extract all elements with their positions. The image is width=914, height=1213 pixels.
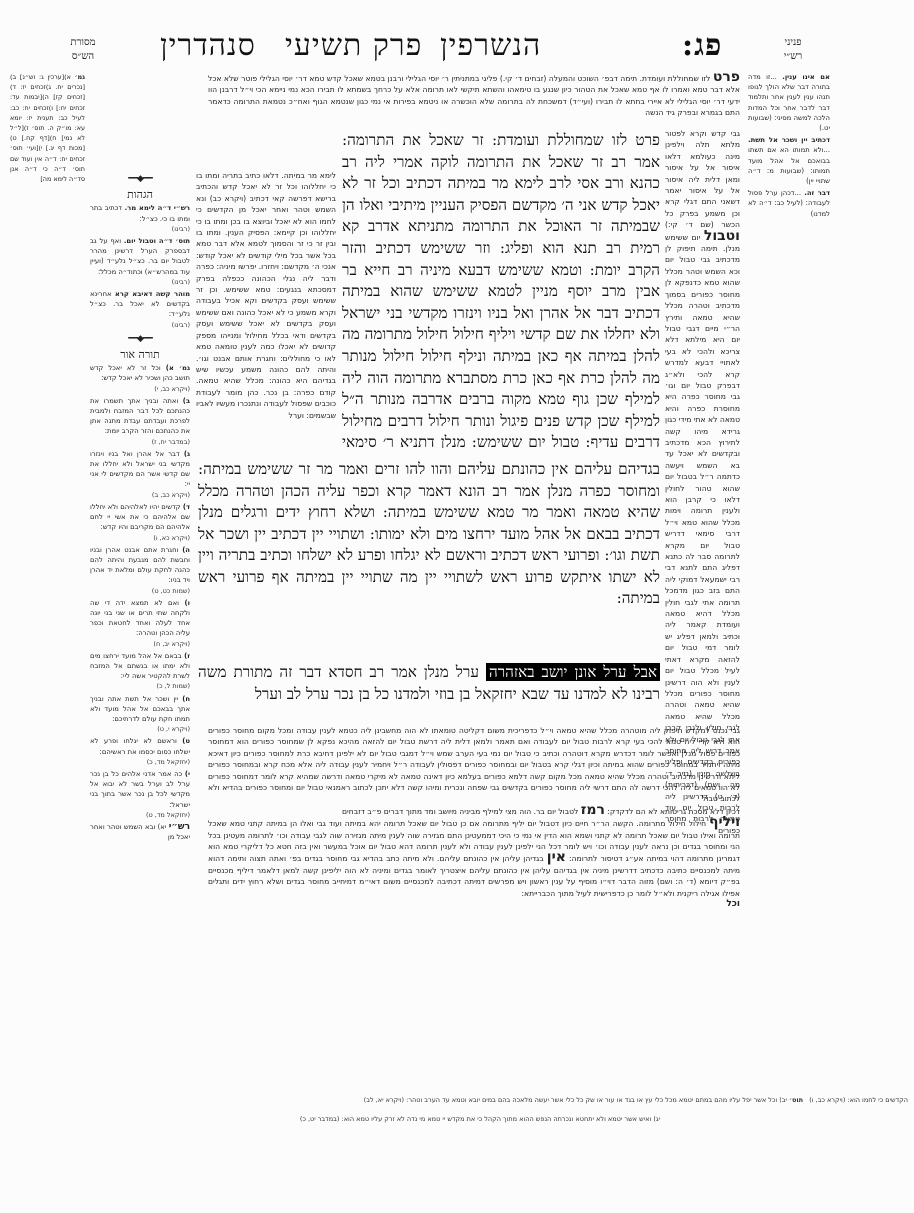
source-ref: (יחזקאל מד, כ) [147, 758, 190, 766]
pnei-rashi-heading: פניני רש״י [768, 36, 818, 64]
pesuk-text: קדשים יהיו לאלהיהם ולא יחללו שם אלהיהם כ… [90, 503, 190, 531]
source-ref: (יחזקאל מד, ט) [146, 811, 190, 819]
footer-pesuk-end: הקדשים כי לחמו הוא: [847, 1096, 908, 1104]
source-ref: (ויקרא י, ט) [157, 725, 190, 733]
pesuk-text: כה אמר אדני אלהים כל בן נכר ערל לב וערל … [90, 770, 190, 809]
pesuk-label: גמ׳ א) [166, 364, 190, 372]
pesuk-text: בבאם אל אהל מועד ירחצו מים ולא ימתו או ב… [90, 652, 190, 680]
pesuk-label: ט) [182, 737, 190, 745]
left-margin-column: ━━◆━━ הגהות רש״י ד״ה לימא מר. דכתיב בתר … [90, 170, 190, 844]
hagahot-item: תוס׳ ד״ה וטבול יום. ואף על גב דבספרק הער… [90, 236, 190, 287]
pesuk-text: יין ושכר אל תשת אתה ובניך אתך בבאכם אל א… [90, 695, 190, 723]
hagahot-heading: הגהות [90, 190, 190, 200]
pnei-rashi-item: דבר זה. ...דכהן ערל פסול לעבודה: (לעיל כ… [748, 188, 830, 219]
gemara-main-text-wide: פרט לזו שמחוללת ועומדת: זר שאכל את התרומ… [198, 455, 660, 655]
tractate-title: סנהדרין [160, 28, 256, 63]
footer-line-2: יג) ואיש אשר יטמא ולא יתחטא ונכרתה הנפש … [100, 1114, 660, 1124]
pnei-rashi-item: דכתיב יין ושכר אל תשת. ...ולא תמותו הא א… [748, 135, 830, 186]
pesuk-label: ה) [182, 546, 190, 554]
gemara-label: גמ׳ [75, 73, 85, 81]
footer-pesuk: יג) ואיש אשר יטמא ולא יתחטא ונכרתה הנפש … [342, 1115, 660, 1123]
torah-or-item: ח) יין ושכר אל תשת אתה ובניך אתך בבאכם א… [90, 694, 190, 735]
masoret-hashas-column: גמ׳ א)[ערכין ג: וש״נ] ב)[נכרים יח. ג)זכח… [10, 72, 85, 186]
rashi-label: רש״י [169, 822, 190, 832]
torah-or-item: ט) וראשם לא יגלחו ופרע לא ישלחו כסום יכס… [90, 736, 190, 767]
source-ref: (רבינו) [172, 321, 190, 329]
torah-or-item: ג) דבר אל אהרן ואל בניו וינזרו מקדשי בני… [90, 449, 190, 500]
pesuk-label: ד) [183, 503, 190, 511]
pesuk-label: ג) [184, 450, 190, 458]
tosafot-text: לטבול יום בר. הוה מצי למילף מביניה מיושב… [342, 807, 578, 816]
torah-or-item: ד) קדשים יהיו לאלהיהם ולא יחללו שם אלהיה… [90, 502, 190, 543]
pesuk-text: דבר אל אהרן ואל בניו וינזרו מקדשי בני יש… [90, 450, 190, 489]
pesuk-label: ו) [185, 599, 190, 607]
masoret-refs: א)[ערכין ג: וש״נ] ב)[נכרים יח. ג)זכחים י… [10, 73, 85, 183]
masoret-label: מסורת [58, 36, 108, 50]
source-ref: (שמות ל, כ) [157, 682, 190, 690]
pnei-label: פניני [768, 36, 818, 50]
gemara-main-text-end: אבל ערל אונן יושב באזהרה ערל מנלן אמר רב… [198, 662, 660, 705]
source-ref: (במדבר יח, ז) [152, 438, 190, 446]
pesuk-label: י) [185, 770, 190, 778]
rashi-text: גבי קדש וקרא לפטור מלתא תלה וילפינן מינה… [665, 129, 740, 229]
source-ref: (שמות כט, ט) [152, 587, 190, 595]
pesuk-label: ז) [184, 652, 190, 660]
chapter-name: הנשרפין [440, 28, 541, 63]
footer-line-1: הקדשים כי לחמו הוא: (ויקרא כב, ו) תוס׳ י… [0, 1095, 914, 1105]
gemara-text: פרט לזו שמחוללת ועומדת: זר שאכל את התרומ… [342, 130, 660, 448]
tosafot-text: לזו שמחוללת ועומדת. תימה דבפ׳ השוכט והמע… [208, 74, 740, 117]
dibur-hamatchil: דבר זה. [804, 189, 830, 197]
highlighted-passage[interactable]: אבל ערל אונן יושב באזהרה [486, 663, 660, 681]
torah-or-item: גמ׳ א) וכל זר לא יאכל קדש תושב כהן ושכיר… [90, 363, 190, 394]
hagahot-dh: רש״י ד״ה לימא מר. [125, 204, 190, 212]
gemara-text-overflow: פרט לזו שמחוללת ועומדת: זר שאכל את התרומ… [198, 455, 660, 610]
source-ref: (ויקרא כא, ו) [153, 534, 190, 542]
pesuk-text: ואם לא תמצא ידה די שה ולקחה שתי תרים או … [90, 599, 190, 638]
torah-or-item: ו) ואם לא תמצא ידה די שה ולקחה שתי תרים … [90, 598, 190, 649]
source-ref: (רבינו) [172, 225, 190, 233]
pnei-rashi-column: אם אינו ענין. ...זו מדה בתורה דבר שלא הו… [748, 72, 830, 221]
pesuk-label: ב) [183, 397, 190, 405]
gemara-main-text-top: פרט לזו שמחוללת ועומדת: זר שאכל את התרומ… [342, 130, 660, 448]
torah-or-heading: תורה אור [90, 350, 190, 360]
ornament-divider: ━━◆━━ [90, 174, 190, 184]
source-ref: (במדבר יט, כ) [300, 1115, 340, 1123]
masoret-sub-label: הש״ס [58, 50, 108, 64]
torah-or-item: ב) ואתה ובניך אתך תשמרו את כהנתכם לכל דב… [90, 396, 190, 447]
chapter-title: פרק תשיעי [285, 28, 422, 63]
tosafot-top-block: פרט לזו שמחוללת ועומדת. תימה דבפ׳ השוכט … [208, 72, 740, 119]
source-ref: (ויקרא יא, לב) [364, 1096, 404, 1104]
catchword: וכל [208, 899, 740, 910]
torah-or-item: ה) וחגרת אתם אבנט אהרן ובניו וחבשת להם מ… [90, 545, 190, 596]
hagahot-dh: תוס׳ ד״ה וטבול יום. [124, 237, 190, 245]
source-ref: (ויקרא כב, ב) [152, 491, 190, 499]
tosafot-bottom-text: גבי נכנס למקדש תיפוק ליה מוטהרה מכלל שהי… [208, 725, 740, 805]
source-ref: (ויקרא כב, ו) [809, 1096, 845, 1104]
pnei-sub-label: רש״י [768, 50, 818, 64]
source-ref: (ויקרא כב, י) [154, 385, 190, 393]
torah-or-item: י) כה אמר אדני אלהים כל בן נכר ערל לב וע… [90, 769, 190, 820]
dibur-hamatchil: אם אינו ענין. [782, 73, 830, 81]
ornament-divider: ━━◆━━ [90, 334, 190, 344]
tosafot-dibur-hamatchil: רמז [581, 802, 605, 818]
hagahot-item: רש״י ד״ה לימא מר. דכתיב בתר ומתו בו כי. … [90, 203, 190, 234]
torah-or-item: ז) בבאם אל אהל מועד ירחצו מים ולא ימתו א… [90, 651, 190, 692]
left-commentary-text: לימא מר במיתה. דלאו כתיב בתריה ומתו בו כ… [196, 170, 336, 421]
daf-number: פג: [682, 28, 722, 63]
tosafot-dibur-hamatchil: אין [547, 849, 566, 865]
pesuk-text: וראשם לא יגלחו ופרע לא ישלחו כסום יכסמו … [90, 737, 190, 755]
torah-or-rashi-tail: רש״י יא) ובא השמש וטהר ואחר יאכל מן [90, 822, 190, 842]
hagahot-item: מוהר קשה דאיבא קרא אחרינא בקדשים לא יאכל… [90, 289, 190, 330]
tosafot-label: תוס׳ [789, 1096, 803, 1104]
tosafot-dibur-hamatchil: פרט [713, 69, 740, 85]
dibur-hamatchil: דכתיב יין ושכר אל תשת. [748, 136, 830, 144]
rashi-dibur-hamatchil: וטבול [704, 228, 740, 244]
source-ref: (ויקרא יב, ח) [153, 640, 190, 648]
pesuk-text: ואתה ובניך אתך תשמרו את כהנתכם לכל דבר ה… [90, 397, 190, 436]
source-ref: (רבינו) [172, 278, 190, 286]
pesuk-label: ח) [182, 695, 190, 703]
tosafot-bottom-block: גבי נכנס למקדש תיפוק ליה מוטהרה מכלל שהי… [208, 725, 740, 911]
footer-pesuk: יב) וכל אשר יפל עליו מהם במתם יטמא מכל כ… [406, 1096, 787, 1104]
pesuk-text: וחגרת אתם אבנט אהרן ובניו וחבשת להם מגבע… [90, 546, 190, 585]
tosafot-left-column: לימא מר במיתה. דלאו כתיב בתריה ומתו בו כ… [196, 170, 336, 421]
tosafot-dibur-hamatchil: ויליף [709, 814, 740, 830]
pnei-rashi-item: אם אינו ענין. ...זו מדה בתורה דבר שלא הו… [748, 72, 830, 133]
masoret-hashas-heading: מסורת הש״ס [58, 36, 108, 64]
hagahot-dh: מוהר קשה דאיבא קרא [115, 290, 190, 298]
